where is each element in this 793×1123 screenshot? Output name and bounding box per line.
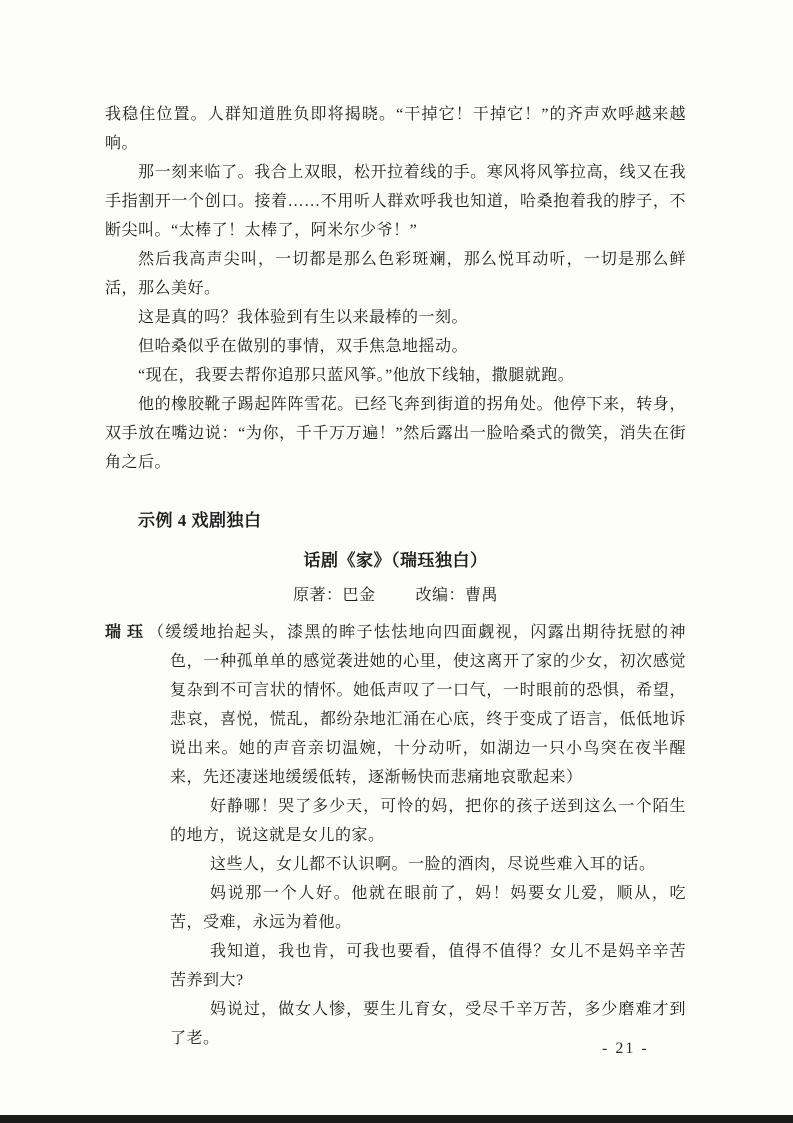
paragraph: 但哈桑似乎在做别的事情，双手焦急地摇动。 — [105, 332, 686, 361]
dialogue-line: 好静哪！哭了多少天，可怜的妈，把你的孩子送到这么一个陌生的地方，说这就是女儿的家… — [170, 792, 686, 850]
paragraph: 我稳住位置。人群知道胜负即将揭晓。“干掉它！干掉它！”的齐声欢呼越来越响。 — [105, 100, 686, 158]
scan-edge-shadow — [0, 1115, 793, 1123]
byline: 原著：巴金 改编：曹禺 — [105, 581, 686, 610]
page-number: - 21 - — [602, 1040, 649, 1058]
dialogue-line: 我知道，我也肯，可我也要看，值得不值得？女儿不是妈辛辛苦苦养到大? — [170, 937, 686, 995]
paragraph: 他的橡胶靴子踢起阵阵雪花。已经飞奔到街道的拐角处。他停下来，转身，双手放在嘴边说… — [105, 390, 686, 477]
play-title: 话剧《家》（瑞珏独白） — [105, 546, 686, 575]
paragraph: 那一刻来临了。我合上双眼，松开拉着线的手。寒风将风筝拉高，线又在我手指割开一个创… — [105, 158, 686, 245]
document-page: 我稳住位置。人群知道胜负即将揭晓。“干掉它！干掉它！”的齐声欢呼越来越响。 那一… — [0, 0, 793, 1123]
dialogue-line: 妈说那一个人好。他就在眼前了，妈！妈要女儿爱，顺从，吃苦，受难，永远为着他。 — [170, 879, 686, 937]
byline-author: 原著：巴金 — [293, 581, 376, 610]
script-block: 瑞 珏 （缓缓地抬起头，漆黑的眸子怯怯地向四面觑视，闪露出期待抚慰的神色，一种孤… — [170, 618, 686, 1053]
paragraph: “现在，我要去帮你追那只蓝风筝。”他放下线轴，撒腿就跑。 — [105, 361, 686, 390]
paragraph: 这是真的吗？我体验到有生以来最棒的一刻。 — [105, 303, 686, 332]
byline-adapter: 改编：曹禺 — [416, 581, 499, 610]
stage-direction: （缓缓地抬起头，漆黑的眸子怯怯地向四面觑视，闪露出期待抚慰的神色，一种孤单单的感… — [170, 618, 686, 792]
page-content: 我稳住位置。人群知道胜负即将揭晓。“干掉它！干掉它！”的齐声欢呼越来越响。 那一… — [105, 100, 686, 1053]
speaker-name: 瑞 珏 — [105, 618, 144, 647]
section-heading: 示例 4 戏剧独白 — [138, 506, 686, 535]
paragraph: 然后我高声尖叫，一切都是那么色彩斑斓，那么悦耳动听，一切是那么鲜活，那么美好。 — [105, 245, 686, 303]
dialogue-line: 这些人，女儿都不认识啊。一脸的酒肉，尽说些难入耳的话。 — [170, 850, 686, 879]
